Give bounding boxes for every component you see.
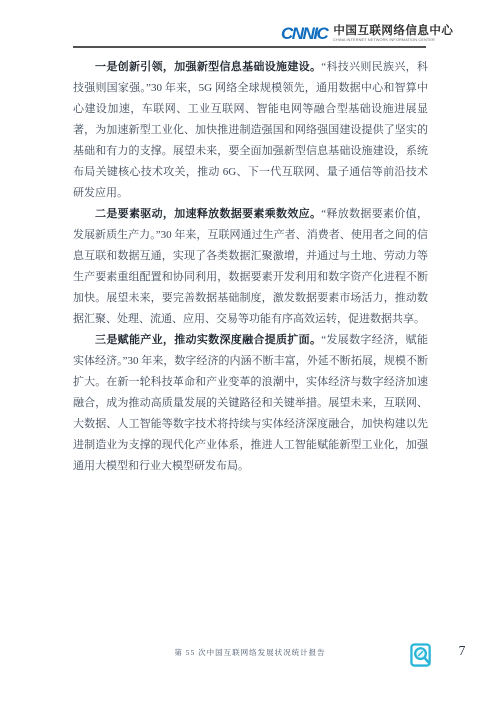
report-magnifier-icon [410,643,433,668]
report-paragraph: 二是要素驱动，加速释放数据要素乘数效应。“释放数据要素价值，发展新质生产力。”3… [73,204,428,330]
report-body: 一是创新引领，加强新型信息基础设施建设。“科技兴则民族兴，科技强则国家强。”30… [73,57,428,477]
org-name-cn: 中国互联网络信息中心 [333,25,500,38]
page-number: 7 [450,643,474,659]
cnnic-logo: CNNIC 中国互联网络信息中心 CHINA INTERNET NETWORK … [281,25,500,45]
paragraph-text: “发展数字经济，赋能实体经济。”30 年来，数字经济的内涵不断丰富，外延不断拓展… [73,334,428,472]
cnnic-logo-text: CNNIC [281,25,327,42]
paragraph-text: “科技兴则民族兴，科技强则国家强。”30 年来，5G 网络全球规模领先，通用数据… [73,61,428,199]
paragraph-lead: 二是要素驱动，加速释放数据要素乘数效应。 [95,208,321,220]
org-name-en: CHINA INTERNET NETWORK INFORMATION CENTE… [333,38,435,42]
paragraph-text: “释放数据要素价值，发展新质生产力。”30 年来，互联网通过生产者、消费者、使用… [73,208,428,325]
paragraph-lead: 一是创新引领，加强新型信息基础设施建设。 [95,61,321,73]
paragraph-lead: 三是赋能产业，推动实数深度融合提质扩面。 [95,334,321,346]
report-paragraph: 三是赋能产业，推动实数深度融合提质扩面。“发展数字经济，赋能实体经济。”30 年… [73,330,428,477]
cnnic-logo-names: 中国互联网络信息中心 CHINA INTERNET NETWORK INFORM… [333,25,500,45]
report-paragraph: 一是创新引领，加强新型信息基础设施建设。“科技兴则民族兴，科技强则国家强。”30… [73,57,428,204]
report-page: CNNIC 中国互联网络信息中心 CHINA INTERNET NETWORK … [0,0,500,706]
header-divider [73,46,426,48]
